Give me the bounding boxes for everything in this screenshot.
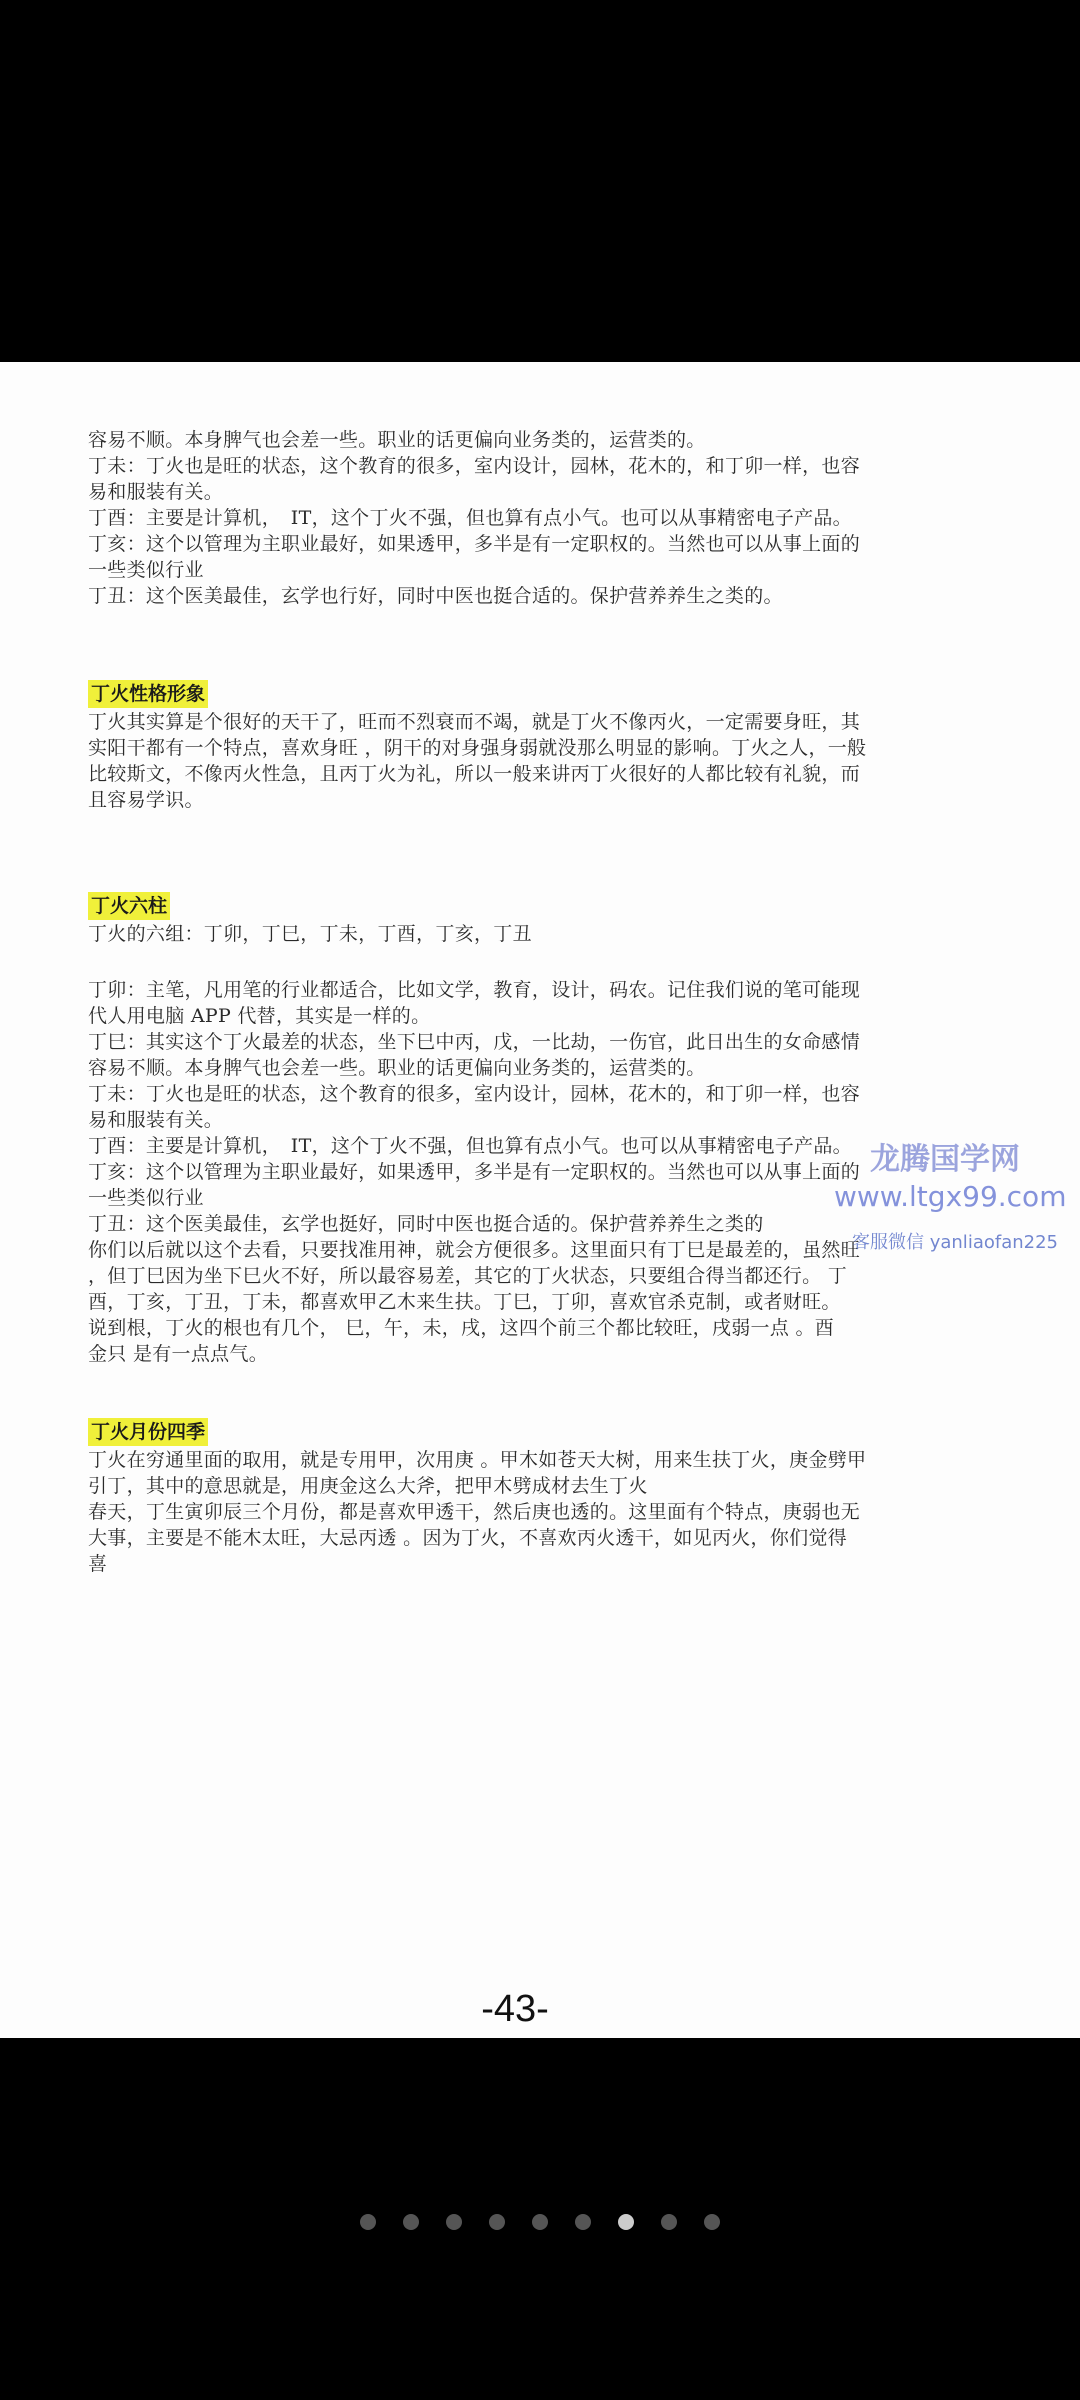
text-line: 丁丑：这个医美最佳，玄学也行好，同时中医也挺合适的。保护营养养生之类的。 — [88, 584, 783, 608]
text-line: 丁火在穷通里面的取用，就是专用甲，次用庚 。甲木如苍天大树，用来生扶丁火，庚金劈… — [88, 1448, 866, 1472]
text-line: 大事，主要是不能木太旺，大忌丙透 。因为丁火，不喜欢丙火透干，如见丙火，你们觉得 — [88, 1526, 847, 1550]
text-line: 你们以后就以这个去看，只要找准用神，就会方便很多。这里面只有丁巳是最差的，虽然旺 — [88, 1238, 860, 1262]
text-line: 丁酉：主要是计算机， IT，这个丁火不强，但也算有点小气。也可以从事精密电子产品… — [88, 1134, 852, 1158]
text-line: 一些类似行业 — [88, 558, 204, 582]
section-heading-personality: 丁火性格形象 — [88, 680, 208, 708]
page-dot-8[interactable] — [661, 2214, 677, 2230]
text-line: 且容易学识。 — [88, 788, 204, 812]
text-line: 丁巳：其实这个丁火最差的状态，坐下巳中丙，戊，一比劫，一伤官，此日出生的女命感情 — [88, 1030, 860, 1054]
text-line: 丁丑：这个医美最佳，玄学也挺好，同时中医也挺合适的。保护营养养生之类的 — [88, 1212, 764, 1236]
text-line: 丁未：丁火也是旺的状态，这个教育的很多，室内设计，园林，花木的，和丁卯一样，也容 — [88, 454, 860, 478]
text-line: 春天，丁生寅卯辰三个月份，都是喜欢甲透干，然后庚也透的。这里面有个特点，庚弱也无 — [88, 1500, 860, 1524]
text-line: 容易不顺。本身脾气也会差一些。职业的话更偏向业务类的，运营类的。 — [88, 428, 706, 452]
page-dot-7-active[interactable] — [618, 2214, 634, 2230]
text-line: 易和服装有关。 — [88, 1108, 223, 1132]
text-line: 丁亥：这个以管理为主职业最好，如果透甲，多半是有一定职权的。当然也可以从事上面的 — [88, 532, 860, 556]
text-line: 丁亥：这个以管理为主职业最好，如果透甲，多半是有一定职权的。当然也可以从事上面的 — [88, 1160, 860, 1184]
text-line: 容易不顺。本身脾气也会差一些。职业的话更偏向业务类的，运营类的。 — [88, 1056, 706, 1080]
text-line: 丁未：丁火也是旺的状态，这个教育的很多，室内设计，园林，花木的，和丁卯一样，也容 — [88, 1082, 860, 1106]
page-dot-2[interactable] — [403, 2214, 419, 2230]
text-line: 丁酉：主要是计算机， IT，这个丁火不强，但也算有点小气。也可以从事精密电子产品… — [88, 506, 852, 530]
text-line: 一些类似行业 — [88, 1186, 204, 1210]
section-heading-six-pillars: 丁火六柱 — [88, 892, 170, 920]
watermark-url: www.ltgx99.com — [834, 1180, 1066, 1213]
text-line: 实阳干都有一个特点，喜欢身旺 ，阴干的对身强身弱就没那么明显的影响。丁火之人，一… — [88, 736, 866, 760]
watermark-contact: 客服微信 yanliaofan225 — [852, 1228, 1058, 1254]
text-line: 喜 — [88, 1552, 107, 1576]
text-line: ，但丁巳因为坐下巳火不好，所以最容易差，其它的丁火状态，只要组合得当都还行。 丁 — [88, 1264, 847, 1288]
text-line: 丁火其实算是个很好的天干了，旺而不烈衰而不竭，就是丁火不像丙火，一定需要身旺，其 — [88, 710, 860, 734]
page-dot-6[interactable] — [575, 2214, 591, 2230]
text-line: 丁火的六组：丁卯，丁巳，丁未，丁酉，丁亥，丁丑 — [88, 922, 532, 946]
page-dot-1[interactable] — [360, 2214, 376, 2230]
page-number: -43- — [0, 1988, 1030, 2031]
page-dot-9[interactable] — [704, 2214, 720, 2230]
image-viewer: 容易不顺。本身脾气也会差一些。职业的话更偏向业务类的，运营类的。 丁未：丁火也是… — [0, 0, 1080, 2400]
text-line: 引丁，其中的意思就是，用庚金这么大斧，把甲木劈成材去生丁火 — [88, 1474, 648, 1498]
text-line: 代人用电脑 APP 代替，其实是一样的。 — [88, 1004, 430, 1028]
text-line: 酉，丁亥，丁丑，丁未，都喜欢甲乙木来生扶。丁巳，丁卯，喜欢官杀克制，或者财旺。 — [88, 1290, 841, 1314]
section-heading-months-seasons: 丁火月份四季 — [88, 1418, 208, 1446]
text-line: 金只 是有一点点气。 — [88, 1342, 268, 1366]
page-dot-4[interactable] — [489, 2214, 505, 2230]
text-line: 丁卯：主笔，凡用笔的行业都适合，比如文学，教育，设计，码农。记住我们说的笔可能现 — [88, 978, 860, 1002]
page-dot-5[interactable] — [532, 2214, 548, 2230]
text-line: 易和服装有关。 — [88, 480, 223, 504]
text-line: 比较斯文，不像丙火性急，且丙丁火为礼，所以一般来讲丙丁火很好的人都比较有礼貌，而 — [88, 762, 860, 786]
watermark-title: 龙腾国学网 — [870, 1134, 1020, 1178]
page-dot-3[interactable] — [446, 2214, 462, 2230]
pagination-dots[interactable] — [360, 2214, 720, 2230]
text-line: 说到根，丁火的根也有几个， 巳，午，未，戌，这四个前三个都比较旺，戌弱一点 。酉 — [88, 1316, 834, 1340]
